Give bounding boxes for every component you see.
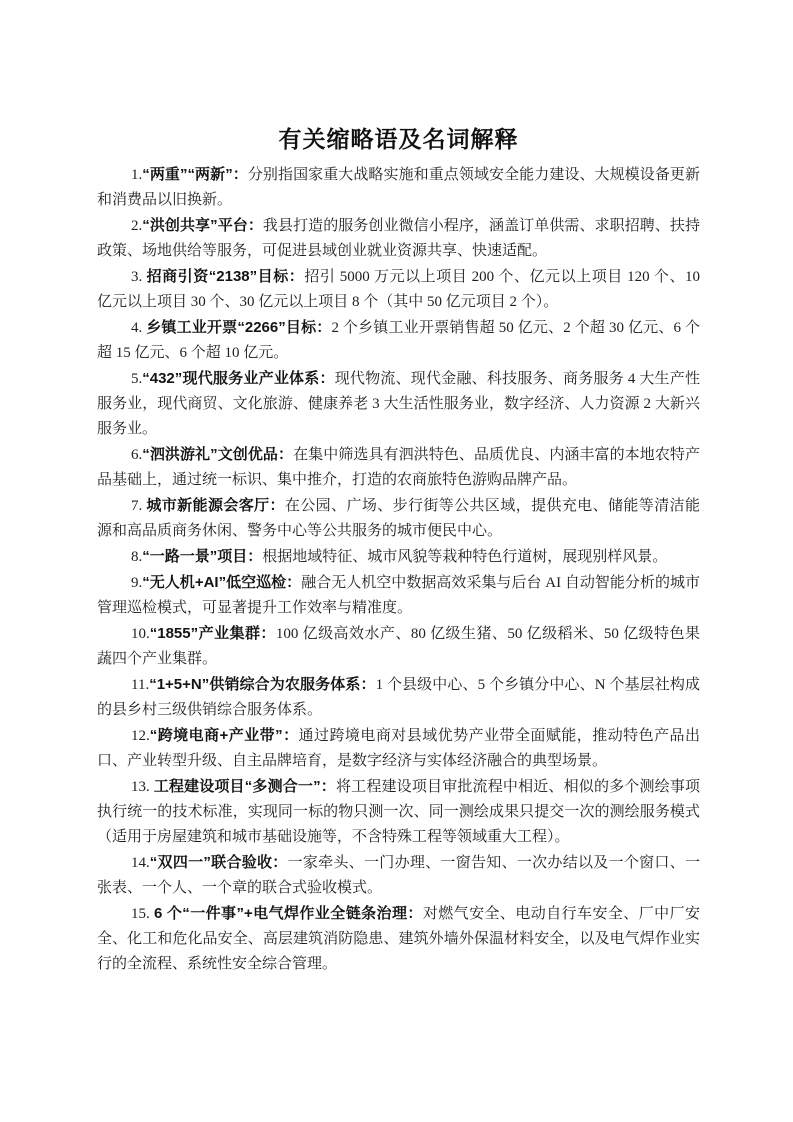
item-term: “432”现代服务业产业体系： bbox=[142, 370, 334, 387]
item-term: “双四一”联合验收： bbox=[150, 854, 288, 871]
item-number: 14. bbox=[131, 855, 150, 871]
item-number: 3. bbox=[131, 269, 147, 285]
item-term: 6 个“一件事”+电气焊作业全链条治理： bbox=[154, 905, 423, 922]
item-term: “两重”“两新”： bbox=[142, 166, 248, 183]
item-number: 15. bbox=[131, 906, 154, 922]
item-term: 城市新能源会客厅： bbox=[146, 497, 285, 514]
glossary-item: 8.“一路一景”项目：根据地域特征、城市风貌等栽种特色行道树，展现别样风景。 bbox=[97, 544, 700, 570]
glossary-item: 11.“1+5+N”供销综合为农服务体系：1 个县级中心、5 个乡镇分中心、N … bbox=[97, 672, 700, 723]
item-term: “一路一景”项目： bbox=[142, 548, 262, 565]
glossary-item: 10.“1855”产业集群：100 亿级高效水产、80 亿级生猪、50 亿级稻米… bbox=[97, 621, 700, 672]
glossary-item: 12.“跨境电商+产业带”：通过跨境电商对县域优势产业带全面赋能，推动特色产品出… bbox=[97, 723, 700, 774]
item-number: 11. bbox=[131, 677, 149, 693]
item-term: “洪创共享”平台： bbox=[142, 217, 263, 234]
glossary-item: 14.“双四一”联合验收：一家牵头、一门办理、一窗告知、一次办结以及一个窗口、一… bbox=[97, 850, 700, 901]
item-number: 7. bbox=[131, 498, 146, 514]
item-number: 4. bbox=[131, 320, 146, 336]
glossary-item: 6.“泗洪游礼”文创优品：在集中筛选具有泗洪特色、品质优良、内涵丰富的本地农特产… bbox=[97, 442, 700, 493]
item-term: “跨境电商+产业带”： bbox=[150, 727, 299, 744]
glossary-item: 9.“无人机+AI”低空巡检：融合无人机空中数据高效采集与后台 AI 自动智能分… bbox=[97, 570, 700, 621]
glossary-item: 4. 乡镇工业开票“2266”目标：2 个乡镇工业开票销售超 50 亿元、2 个… bbox=[97, 315, 700, 366]
item-number: 6. bbox=[131, 447, 142, 463]
item-number: 5. bbox=[131, 371, 142, 387]
item-number: 9. bbox=[131, 575, 142, 591]
glossary-item: 15. 6 个“一件事”+电气焊作业全链条治理：对燃气安全、电动自行车安全、厂中… bbox=[97, 901, 700, 977]
item-term: “1+5+N”供销综合为农服务体系： bbox=[149, 676, 375, 693]
item-term: “泗洪游礼”文创优品： bbox=[142, 446, 293, 463]
glossary-item: 5.“432”现代服务业产业体系：现代物流、现代金融、科技服务、商务服务 4 大… bbox=[97, 366, 700, 442]
page-title: 有关缩略语及名词解释 bbox=[97, 124, 700, 154]
item-term: 招商引资“2138”目标： bbox=[147, 268, 305, 285]
glossary-item: 2.“洪创共享”平台：我县打造的服务创业微信小程序，涵盖订单供需、求职招聘、扶持… bbox=[97, 213, 700, 264]
glossary-item: 13. 工程建设项目“多测合一”：将工程建设项目审批流程中相近、相似的多个测绘事… bbox=[97, 774, 700, 850]
glossary-item: 1.“两重”“两新”：分别指国家重大战略实施和重点领域安全能力建设、大规模设备更… bbox=[97, 162, 700, 213]
item-number: 12. bbox=[131, 728, 150, 744]
item-number: 1. bbox=[131, 167, 142, 183]
item-term: “无人机+AI”低空巡检： bbox=[142, 574, 301, 591]
item-term: 乡镇工业开票“2266”目标： bbox=[146, 319, 331, 336]
glossary-item: 3. 招商引资“2138”目标：招引 5000 万元以上项目 200 个、亿元以… bbox=[97, 264, 700, 315]
item-number: 2. bbox=[131, 218, 142, 234]
item-number: 13. bbox=[131, 779, 154, 795]
glossary-list: 1.“两重”“两新”：分别指国家重大战略实施和重点领域安全能力建设、大规模设备更… bbox=[97, 162, 700, 977]
glossary-item: 7. 城市新能源会客厅：在公园、广场、步行街等公共区域，提供充电、储能等清洁能源… bbox=[97, 493, 700, 544]
item-definition: 根据地域特征、城市风貌等栽种特色行道树，展现别样风景。 bbox=[262, 549, 667, 565]
item-term: 工程建设项目“多测合一”： bbox=[154, 778, 336, 795]
item-term: “1855”产业集群： bbox=[150, 625, 276, 642]
item-number: 8. bbox=[131, 549, 142, 565]
document-page: 有关缩略语及名词解释 1.“两重”“两新”：分别指国家重大战略实施和重点领域安全… bbox=[0, 0, 793, 1122]
item-number: 10. bbox=[131, 626, 150, 642]
